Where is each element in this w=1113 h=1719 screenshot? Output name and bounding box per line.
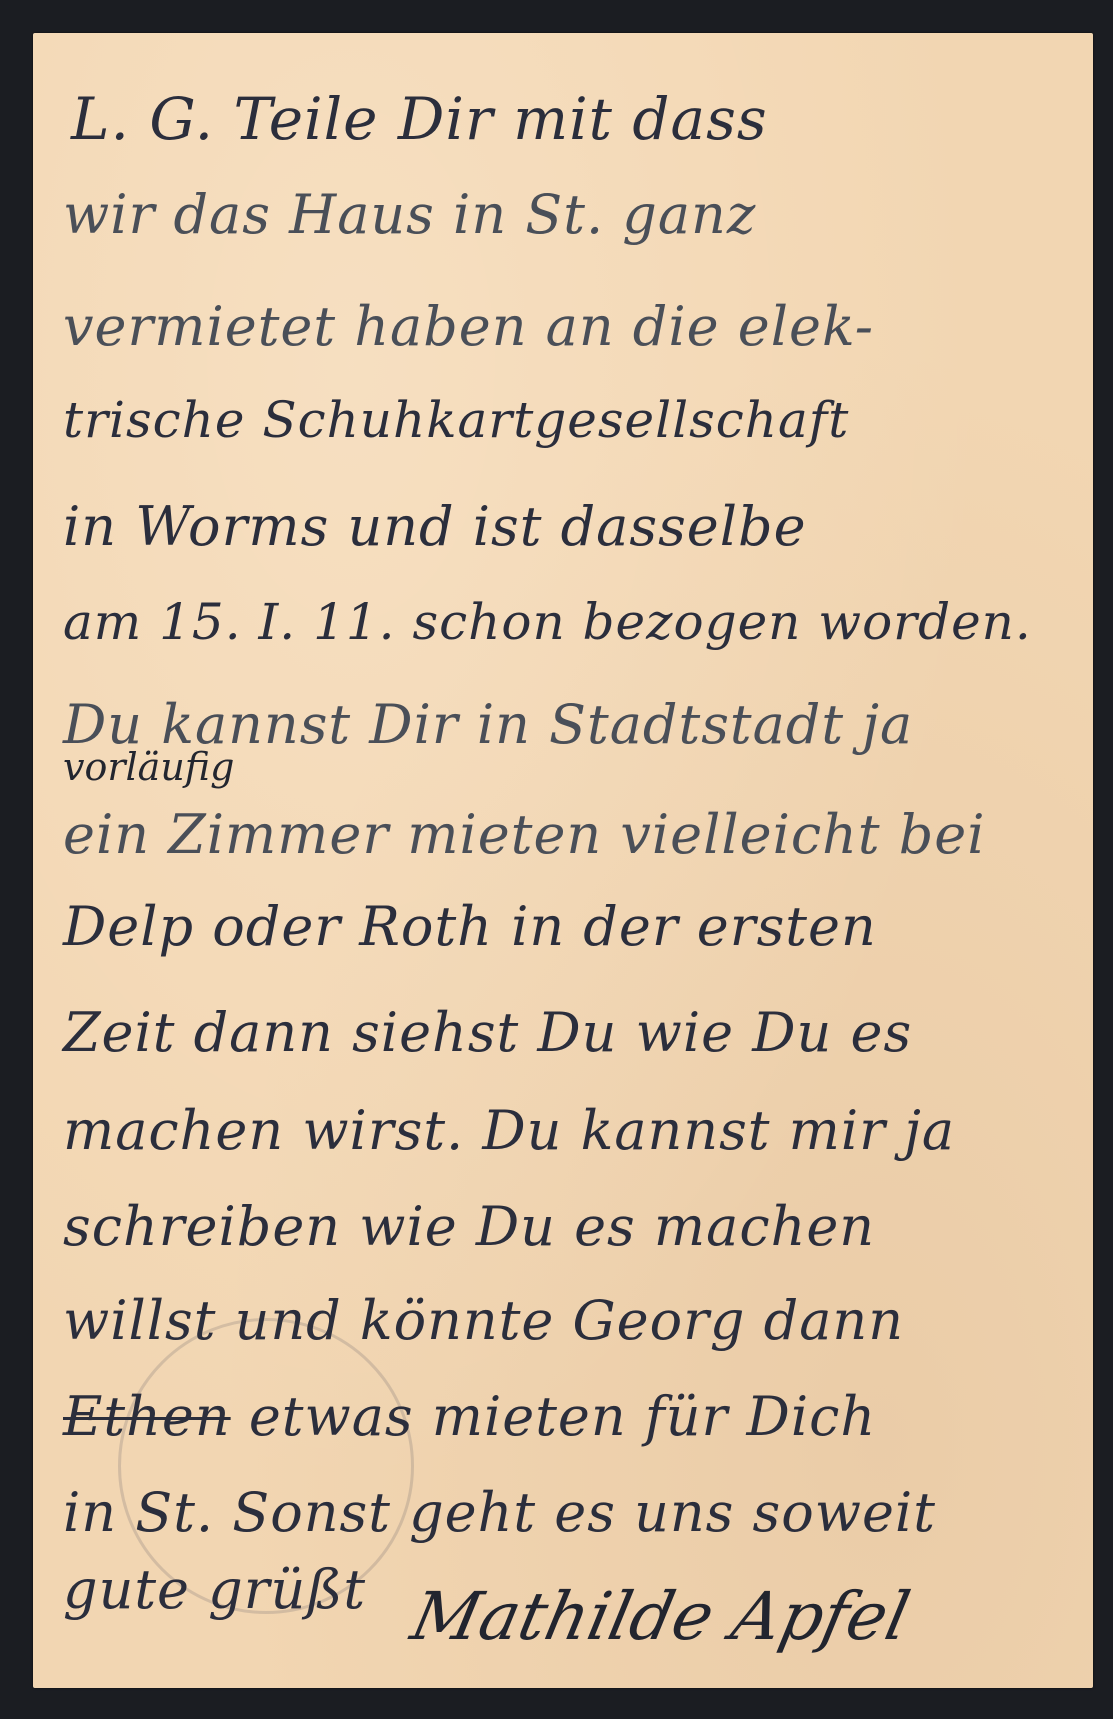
handwritten-line-8: ein Zimmer mieten vielleicht bei <box>63 803 986 866</box>
handwritten-line-3: vermietet haben an die elek- <box>63 295 874 358</box>
signature: Mathilde Apfel <box>405 1578 916 1655</box>
line-14-text: etwas mieten für Dich <box>249 1385 876 1448</box>
handwritten-line-15: in St. Sonst geht es uns soweit <box>63 1481 936 1544</box>
handwritten-line-1: L. G. Teile Dir mit dass <box>71 85 768 153</box>
handwritten-line-12: schreiben wie Du es machen <box>63 1195 875 1258</box>
handwritten-line-16: gute grüßt <box>63 1558 366 1621</box>
handwritten-line-14: Ethen etwas mieten für Dich <box>63 1385 876 1448</box>
struck-word: Ethen <box>63 1385 231 1448</box>
handwritten-line-11: machen wirst. Du kannst mir ja <box>63 1099 955 1162</box>
handwritten-line-6: am 15. I. 11. schon bezogen worden. <box>63 593 1032 651</box>
handwritten-line-9: Delp oder Roth in der ersten <box>63 895 877 958</box>
handwritten-line-4: trische Schuhkartgesellschaft <box>63 391 849 449</box>
handwritten-line-2: wir das Haus in St. ganz <box>63 183 756 246</box>
handwritten-line-5: in Worms und ist dasselbe <box>63 495 807 558</box>
inserted-word: vorläufig <box>63 745 234 789</box>
postcard: L. G. Teile Dir mit dass wir das Haus in… <box>33 33 1093 1688</box>
handwritten-line-13: willst und könnte Georg dann <box>63 1289 904 1352</box>
handwritten-line-10: Zeit dann siehst Du wie Du es <box>63 1001 912 1064</box>
